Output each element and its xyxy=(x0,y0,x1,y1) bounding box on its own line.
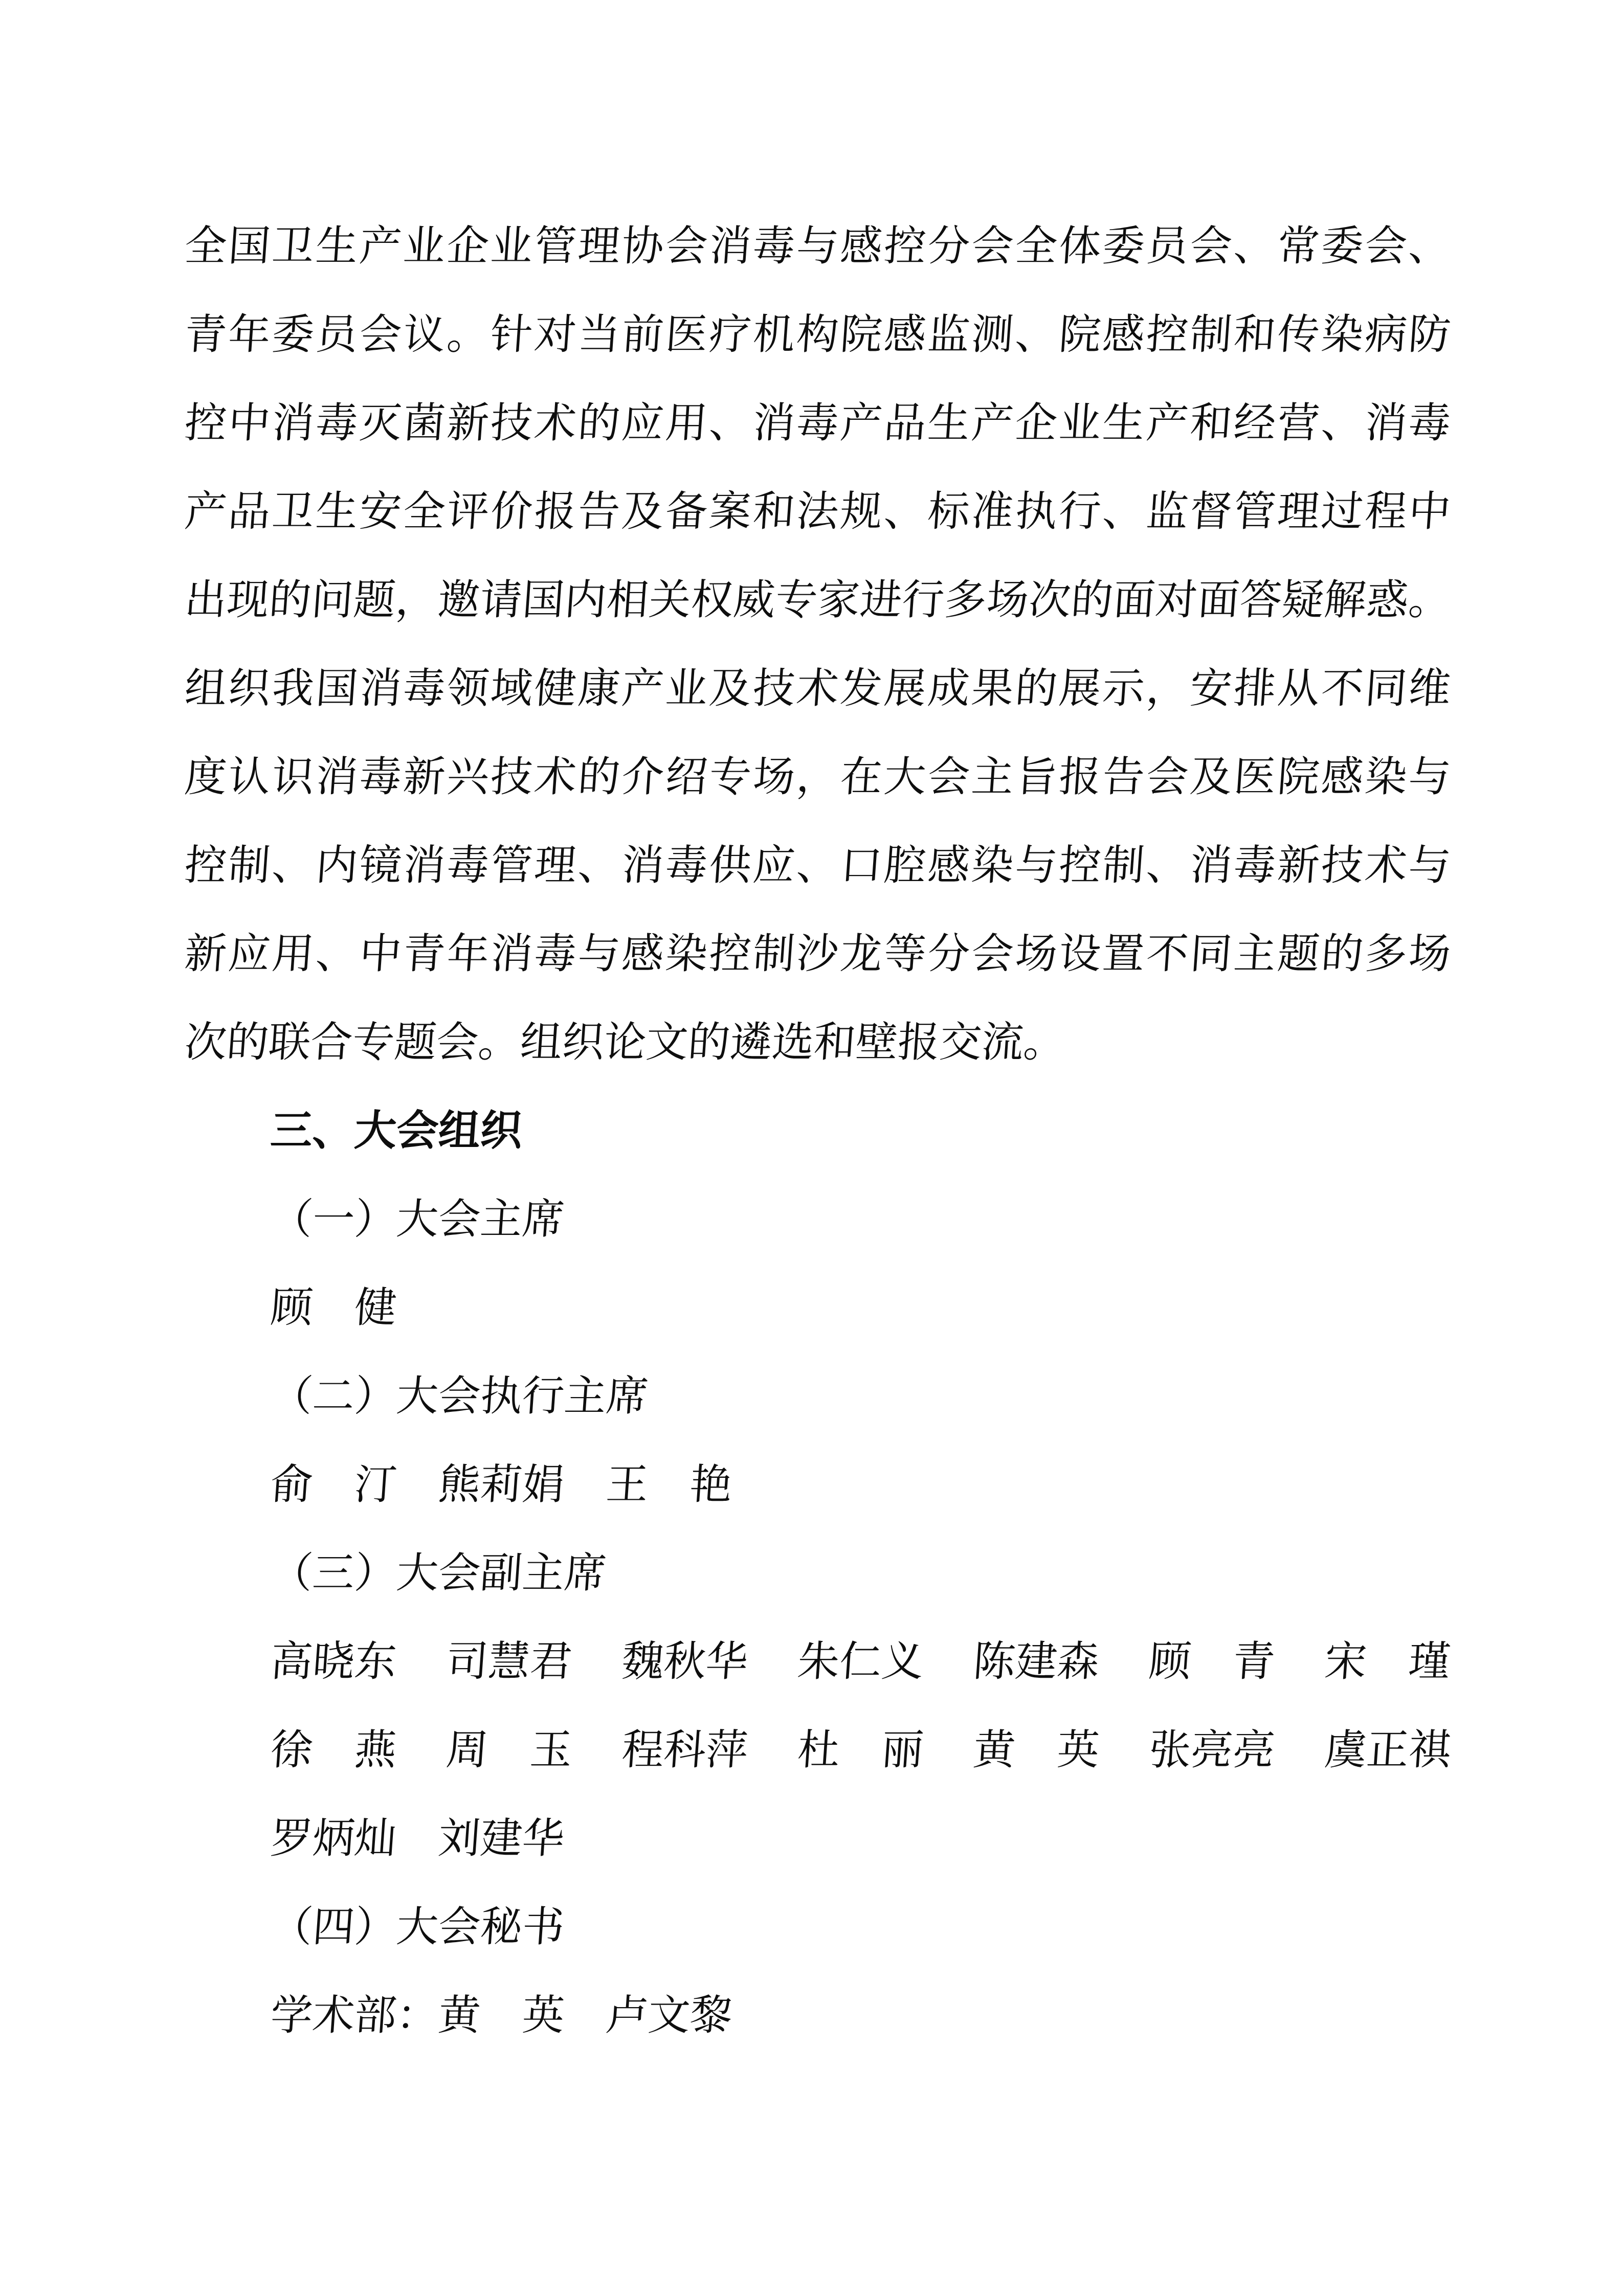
subheading-executive-chairmen: （二）大会执行主席 xyxy=(182,1352,1454,1440)
body-text-line: 产品卫生安全评价报告及备案和法规、标准执行、监督管理过程中 xyxy=(182,467,1454,556)
chairman-name-line: 顾 健 xyxy=(182,1264,1454,1352)
body-text-line: 新应用、中青年消毒与感染控制沙龙等分会场设置不同主题的多场 xyxy=(182,910,1454,998)
person-name: 朱仁义 xyxy=(794,1617,926,1706)
vice-chairmen-name-row-overflow: 罗炳灿 刘建华 xyxy=(182,1794,1454,1883)
person-name: 顾 青 xyxy=(1146,1617,1278,1706)
body-text-line: 全国卫生产业企业管理协会消毒与感控分会全体委员会、常委会、 xyxy=(182,202,1454,290)
subheading-conference-chairman: （一）大会主席 xyxy=(182,1175,1454,1264)
scanned-document-page: 全国卫生产业企业管理协会消毒与感控分会全体委员会、常委会、 青年委员会议。针对当… xyxy=(0,0,1624,2296)
body-text-line: 控制、内镜消毒管理、消毒供应、口腔感染与控制、消毒新技术与 xyxy=(182,821,1454,910)
person-name: 陈建森 xyxy=(970,1617,1102,1706)
body-text-line: 青年委员会议。针对当前医疗机构院感监测、院感控制和传染病防 xyxy=(182,290,1454,379)
person-name: 程科萍 xyxy=(619,1706,751,1794)
person-name: 杜 丽 xyxy=(794,1706,926,1794)
vice-chairmen-name-row: 高晓东 司慧君 魏秋华 朱仁义 陈建森 顾 青 宋 瑾 xyxy=(182,1617,1454,1706)
vice-chairmen-name-row: 徐 燕 周 玉 程科萍 杜 丽 黄 英 张亮亮 虞正祺 xyxy=(182,1706,1454,1794)
secretaries-name-line: 学术部：黄 英 卢文黎 xyxy=(182,1971,1454,2060)
person-name: 徐 燕 xyxy=(268,1706,399,1794)
body-text-line: 组织我国消毒领域健康产业及技术发展成果的展示，安排从不同维 xyxy=(182,644,1454,733)
person-name: 张亮亮 xyxy=(1146,1706,1278,1794)
document-text-block: 全国卫生产业企业管理协会消毒与感控分会全体委员会、常委会、 青年委员会议。针对当… xyxy=(182,202,1448,2060)
person-name: 高晓东 xyxy=(268,1617,399,1706)
body-text-line: 控中消毒灭菌新技术的应用、消毒产品生产企业生产和经营、消毒 xyxy=(182,379,1454,467)
person-name: 周 玉 xyxy=(443,1706,575,1794)
person-name: 黄 英 xyxy=(970,1706,1102,1794)
subheading-conference-secretaries: （四）大会秘书 xyxy=(182,1883,1454,1971)
person-name: 宋 瑾 xyxy=(1322,1617,1454,1706)
person-name: 魏秋华 xyxy=(619,1617,751,1706)
person-name: 司慧君 xyxy=(443,1617,575,1706)
body-text-line: 度认识消毒新兴技术的介绍专场，在大会主旨报告会及医院感染与 xyxy=(182,733,1454,821)
executive-chairmen-name-line: 俞 汀 熊莉娟 王 艳 xyxy=(182,1440,1454,1529)
subheading-vice-chairmen: （三）大会副主席 xyxy=(182,1529,1454,1617)
body-text-line-last: 次的联合专题会。组织论文的遴选和壁报交流。 xyxy=(182,998,1454,1087)
body-text-line: 出现的问题，邀请国内相关权威专家进行多场次的面对面答疑解惑。 xyxy=(182,556,1454,644)
section-heading-conference-organization: 三、大会组织 xyxy=(182,1087,1454,1175)
person-name: 虞正祺 xyxy=(1322,1706,1454,1794)
